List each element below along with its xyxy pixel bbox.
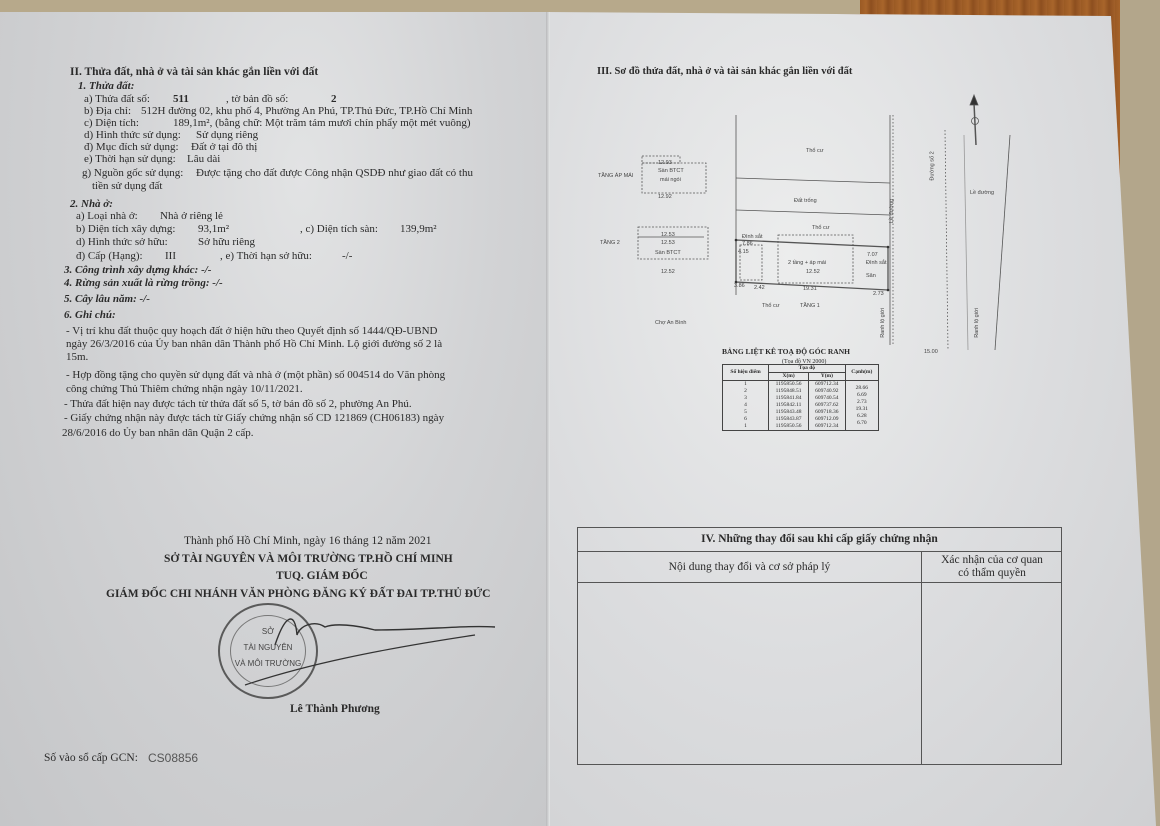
label-floor-1: TẦNG 1 <box>800 303 820 309</box>
table-cell-value: 19.31 <box>847 406 877 413</box>
label-road-edge: Lề đường <box>970 190 994 196</box>
points-cell: 1234561 <box>723 381 769 431</box>
own-term-label: , e) Thời hạn sở hữu: <box>220 250 312 262</box>
note-line: 28/6/2016 do Ủy ban nhân dân Quận 2 cấp. <box>62 427 254 439</box>
origin-value-1: Được tặng cho đất được Công nhận QSDĐ nh… <box>196 167 473 179</box>
parcel-label: a) Thửa đất số: <box>84 93 150 105</box>
purpose-label: đ) Mục đích sử dụng: <box>84 141 179 153</box>
notes-heading: 6. Ghi chú: <box>64 309 116 321</box>
own-term-value: -/- <box>342 250 352 262</box>
production-forest: 4. Rừng sản xuất là rừng trồng: -/- <box>64 277 223 289</box>
table-cell-value: 28.66 <box>847 385 877 392</box>
area-label: c) Diện tích: <box>84 117 139 129</box>
table-cell-value: 1195848.51 <box>770 388 807 395</box>
table-cell-value: 3 <box>724 395 767 402</box>
label-attic-slab: Sàn BTCT <box>658 168 684 174</box>
table-cell-value: 1195850.56 <box>770 381 807 388</box>
note-line: - Giấy chứng nhận này được tách từ Giấy … <box>64 412 444 424</box>
term-value: Lâu dài <box>187 153 220 165</box>
parcel-number: 511 <box>173 93 189 105</box>
dimension-label: 2.42 <box>754 285 765 291</box>
ownership-label: d) Hình thức sở hữu: <box>76 236 168 248</box>
floor-area-label: , c) Diện tích sàn: <box>300 223 378 235</box>
dimension-label: 19.31 <box>803 286 817 292</box>
label-side-edge: Lề đường <box>889 199 895 223</box>
table-cell-value: 1195843.48 <box>770 409 807 416</box>
col-point: Số hiệu điểm <box>723 365 769 381</box>
x-cell: 1195850.561195848.511195841.841195842.11… <box>769 381 809 431</box>
label-yard: Sân <box>866 273 876 279</box>
perennial-trees: 5. Cây lâu năm: -/- <box>64 293 150 305</box>
term-label: e) Thời hạn sử dụng: <box>84 153 176 165</box>
table-cell-value: 609712.09 <box>810 416 844 423</box>
dimension-label: 4.15 <box>738 249 749 255</box>
land-heading: 1. Thửa đất: <box>78 80 134 92</box>
dimension-label: 12.93 <box>658 160 672 166</box>
table-cell-value: 609718.36 <box>810 409 844 416</box>
label-boundary: Ranh lộ giới <box>880 308 886 338</box>
floor-area-value: 139,9m² <box>400 223 437 235</box>
address-label: b) Địa chỉ: <box>84 105 131 117</box>
issue-date: Thành phố Hồ Chí Minh, ngày 16 tháng 12 … <box>184 535 432 547</box>
table-cell-value: 6.28 <box>847 413 877 420</box>
note-line: ngày 26/3/2016 của Ủy ban nhân dân Thành… <box>66 338 442 350</box>
map-sheet-number: 2 <box>331 93 337 105</box>
label-residential: Thổ cư <box>762 303 779 309</box>
y-cell: 609712.34609740.92609740.54609737.626097… <box>809 381 846 431</box>
table-cell-value: 1195841.84 <box>770 395 807 402</box>
origin-value-2: tiền sử dụng đất <box>92 180 162 192</box>
col-coords: Tọa độ <box>769 365 846 373</box>
changes-col-content: Nội dung thay đổi và cơ sở pháp lý <box>577 552 922 583</box>
label-floor-2-slab: Sàn BTCT <box>655 250 681 256</box>
dimension-label: 12.52 <box>806 269 820 275</box>
label-floor-2: TẦNG 2 <box>600 240 620 246</box>
dimension-label: 12.53 <box>661 240 675 246</box>
table-cell-value: 1195842.11 <box>770 402 807 409</box>
label-road: Đường số 2 <box>930 151 936 180</box>
registry-number: CS08856 <box>148 752 198 764</box>
origin-label: g) Nguồn gốc sử dụng: <box>82 167 183 179</box>
signer-title: GIÁM ĐỐC CHI NHÁNH VĂN PHÒNG ĐĂNG KÝ ĐẤT… <box>106 588 490 600</box>
table-cell-value: 1195850.56 <box>770 423 807 430</box>
label-residential: Thổ cư <box>812 225 829 231</box>
house-heading: 2. Nhà ở: <box>70 198 113 210</box>
label-iron-roof: Đình sắt <box>742 234 762 240</box>
label-house-main: 2 tầng + áp mái <box>788 260 826 266</box>
section-iii-title: III. Sơ đồ thửa đất, nhà ở và tài sản kh… <box>597 66 852 78</box>
usage-form-label: d) Hình thức sử dụng: <box>84 129 181 141</box>
label-road-width: 15.00 <box>924 349 938 355</box>
note-line: - Hợp đồng tặng cho quyền sử dụng đất và… <box>66 369 445 381</box>
page-fold <box>546 12 550 826</box>
changes-col-confirm-line2: có thẩm quyền <box>922 567 1062 580</box>
coordinates-table: Số hiệu điểm Tọa độ Cạnh(m) X(m) Y(m) 12… <box>722 364 879 431</box>
table-cell-value: 609712.34 <box>810 423 844 430</box>
issuing-agency: SỞ TÀI NGUYÊN VÀ MÔI TRƯỜNG TP.HỒ CHÍ MI… <box>164 553 453 565</box>
grade-label: đ) Cấp (Hạng): <box>76 250 143 262</box>
table-cell-value: 1 <box>724 423 767 430</box>
signature-mark <box>225 605 505 695</box>
label-residential: Thổ cư <box>806 148 823 154</box>
col-y: Y(m) <box>809 373 846 381</box>
label-boundary: Ranh lộ giới <box>974 308 980 338</box>
col-edge: Cạnh(m) <box>845 365 878 381</box>
dimension-label: 7.07 <box>867 252 878 258</box>
house-type-value: Nhà ở riêng lẻ <box>160 210 223 222</box>
label-attic-floor: TẦNG ÁP MÁI <box>598 173 633 179</box>
built-area-label: b) Diện tích xây dựng: <box>76 223 175 235</box>
label-market: Chợ An Bình <box>655 320 686 326</box>
changes-title: IV. Những thay đổi sau khi cấp giấy chứn… <box>577 527 1062 552</box>
note-line: - Thửa đất hiện nay được tách từ thửa đấ… <box>64 398 412 410</box>
section-ii-title: II. Thửa đất, nhà ở và tài sản khác gắn … <box>70 66 318 78</box>
label-attic-roof: mái ngói <box>660 177 681 183</box>
purpose-value: Đất ở tại đô thị <box>191 141 257 153</box>
dimension-label: 12.92 <box>658 194 672 200</box>
table-row: 1234561 1195850.561195848.511195841.8411… <box>723 381 879 431</box>
area-value: 189,1m², (bằng chữ: Một trăm tám mươi ch… <box>173 117 471 129</box>
table-cell-value: 6.69 <box>847 392 877 399</box>
other-works: 3. Công trình xây dựng khác: -/- <box>64 264 211 276</box>
table-cell-value: 4 <box>724 402 767 409</box>
table-cell-value: 5 <box>724 409 767 416</box>
changes-confirm-cell <box>922 583 1062 765</box>
table-cell-value: 6 <box>724 416 767 423</box>
label-iron-roof-right: Đình sắt <box>866 260 886 266</box>
address-value: 512H đường 02, khu phố 4, Phường An Phú,… <box>141 105 472 117</box>
label-vacant-land: Đất trống <box>794 198 817 204</box>
col-x: X(m) <box>769 373 809 381</box>
table-cell-value: 6.70 <box>847 420 877 427</box>
signer-name: Lê Thành Phương <box>290 703 380 715</box>
dimension-label: 12.53 <box>661 232 675 238</box>
dimension-label: 7.86 <box>742 241 753 247</box>
table-cell-value: 609740.92 <box>810 388 844 395</box>
grade-value: III <box>165 250 176 262</box>
edge-cell: 28.666.692.7319.316.286.70 <box>845 381 878 431</box>
changes-col-confirm-line1: Xác nhận của cơ quan <box>922 554 1062 567</box>
table-cell-value: 2.73 <box>847 399 877 406</box>
table-cell-value: 1195843.87 <box>770 416 807 423</box>
note-line: - Vị trí khu đất thuộc quy hoạch đất ở h… <box>66 325 437 337</box>
map-sheet-label: , tờ bản đồ số: <box>226 93 288 105</box>
changes-content-cell <box>577 583 922 765</box>
built-area-value: 93,1m² <box>198 223 229 235</box>
note-line: 15m. <box>66 351 88 363</box>
ownership-value: Sở hữu riêng <box>198 236 255 248</box>
table-cell-value: 609737.62 <box>810 402 844 409</box>
house-type-label: a) Loại nhà ở: <box>76 210 138 222</box>
changes-col-confirm: Xác nhận của cơ quan có thẩm quyền <box>922 552 1062 583</box>
usage-form-value: Sử dụng riêng <box>196 129 258 141</box>
dimension-label: 12.52 <box>661 269 675 275</box>
registry-label: Số vào sổ cấp GCN: <box>44 752 138 764</box>
parcel-diagram <box>580 85 1040 365</box>
table-cell-value: 2 <box>724 388 767 395</box>
table-cell-value: 609712.34 <box>810 381 844 388</box>
on-behalf-of: TUQ. GIÁM ĐỐC <box>276 570 368 582</box>
note-line: công chứng Thủ Thiêm chứng nhận ngày 10/… <box>66 383 303 395</box>
table-cell-value: 1 <box>724 381 767 388</box>
dimension-label: 2.73 <box>873 291 884 297</box>
dimension-label: 3.86 <box>734 283 745 289</box>
table-cell-value: 609740.54 <box>810 395 844 402</box>
